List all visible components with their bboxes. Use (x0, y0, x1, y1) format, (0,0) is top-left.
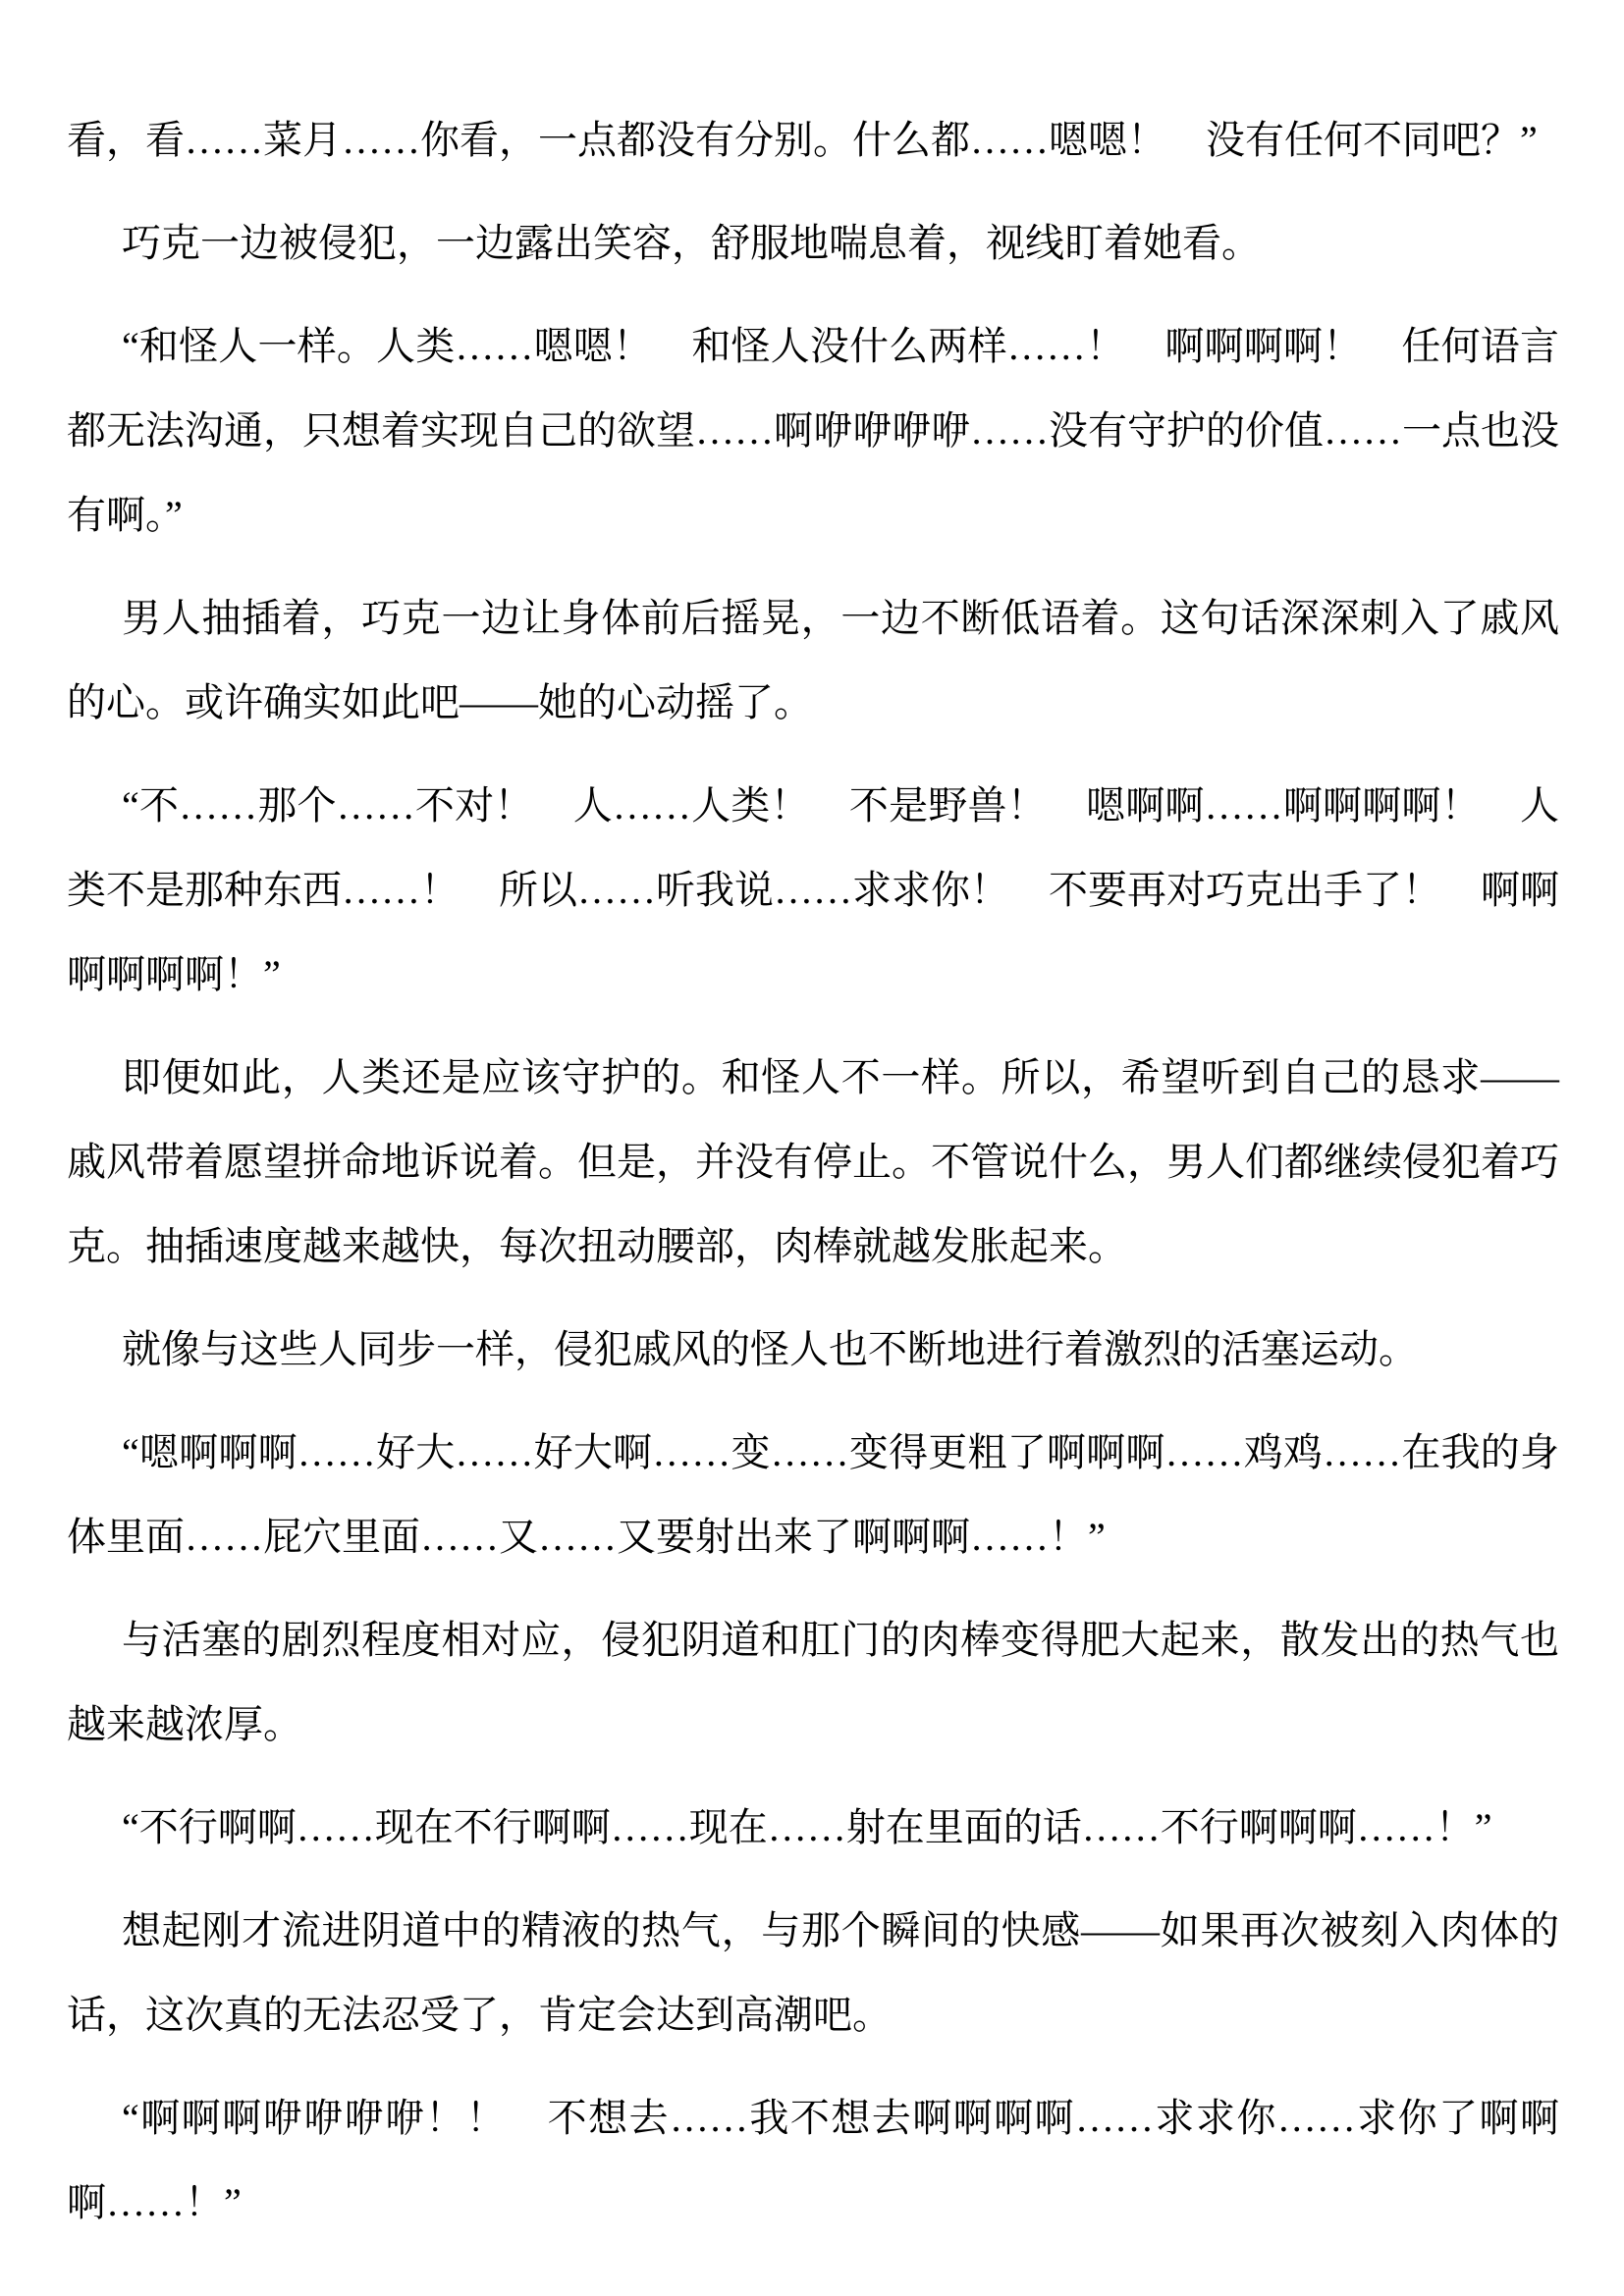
paragraph: 就像与这些人同步一样，侵犯戚风的怪人也不断地进行着激烈的活塞运动。 (67, 1308, 1559, 1392)
text-content: 看，看……菜月……你看，一点都没有分别。什么都……嗯嗯！ 没有任何不同吧？” 巧… (67, 98, 1559, 2245)
paragraph: 男人抽插着，巧克一边让身体前后摇晃，一边不断低语着。这句话深深刺入了戚风的心。或… (67, 576, 1559, 745)
paragraph-dialogue: “嗯啊啊啊……好大……好大啊……变……变得更粗了啊啊啊……鸡鸡……在我的身体里面… (67, 1411, 1559, 1579)
paragraph-dialogue: “和怪人一样。人类……嗯嗯！ 和怪人没什么两样……！ 啊啊啊啊！ 任何语言都无法… (67, 304, 1559, 558)
paragraph-dialogue: “不行啊啊……现在不行啊啊……现在……射在里面的话……不行啊啊啊……！” (67, 1786, 1559, 1870)
paragraph: 即便如此，人类还是应该守护的。和怪人不一样。所以，希望听到自己的恳求——戚风带着… (67, 1036, 1559, 1289)
document-page: 看，看……菜月……你看，一点都没有分别。什么都……嗯嗯！ 没有任何不同吧？” 巧… (0, 0, 1624, 2296)
paragraph: 巧克一边被侵犯，一边露出笑容，舒服地喘息着，视线盯着她看。 (67, 201, 1559, 286)
paragraph-continuation: 看，看……菜月……你看，一点都没有分别。什么都……嗯嗯！ 没有任何不同吧？” (67, 98, 1559, 183)
paragraph-dialogue: “不……那个……不对！ 人……人类！ 不是野兽！ 嗯啊啊……啊啊啊啊！ 人类不是… (67, 764, 1559, 1017)
paragraph-dialogue: “啊啊啊咿咿咿咿！！ 不想去……我不想去啊啊啊啊……求求你……求你了啊啊啊……！… (67, 2076, 1559, 2245)
paragraph: 与活塞的剧烈程度相对应，侵犯阴道和肛门的肉棒变得肥大起来，散发出的热气也越来越浓… (67, 1598, 1559, 1767)
paragraph: 想起刚才流进阴道中的精液的热气，与那个瞬间的快感——如果再次被刻入肉体的话，这次… (67, 1889, 1559, 2057)
